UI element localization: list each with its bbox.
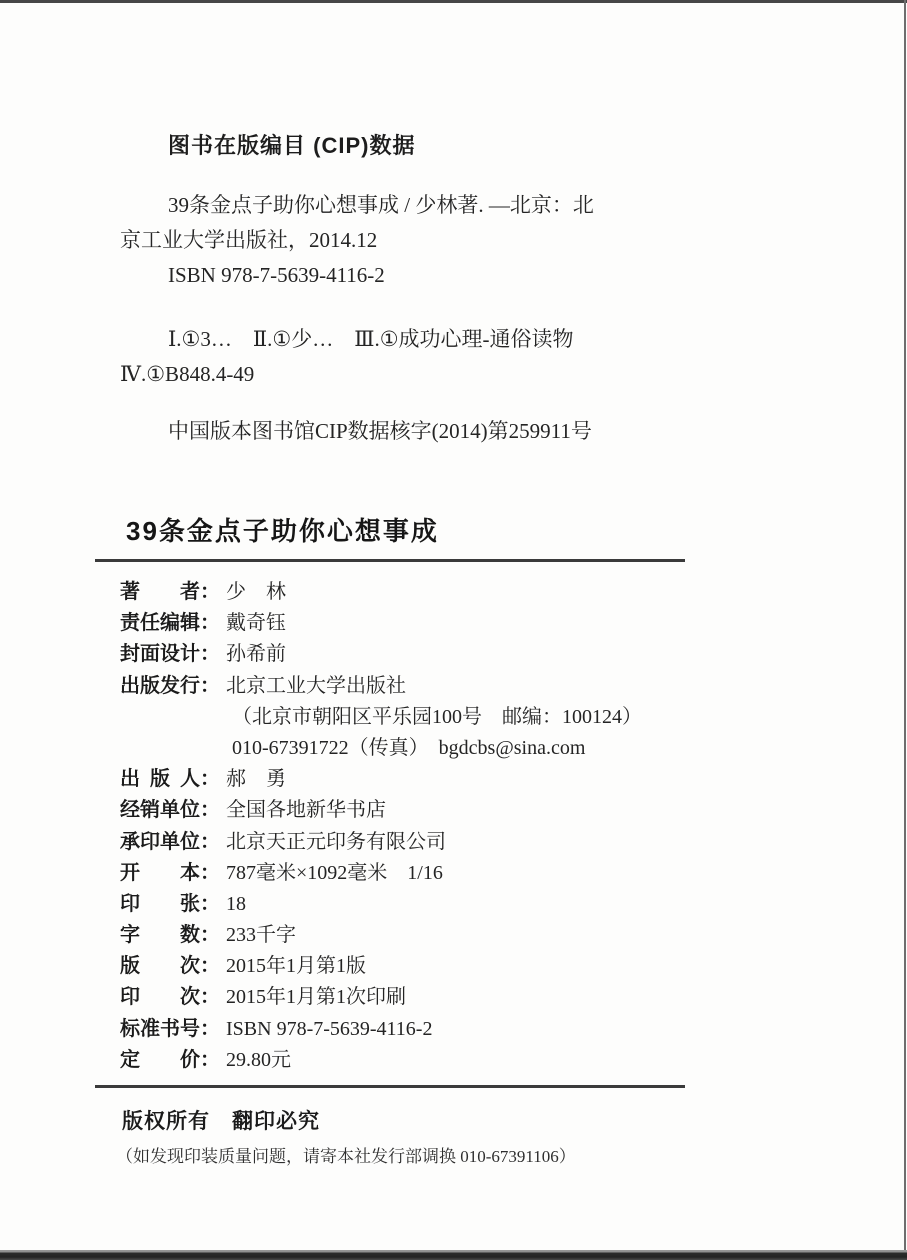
divider-bottom	[95, 1085, 685, 1088]
label-colon: ：	[200, 986, 220, 1008]
label-colon: ：	[200, 955, 220, 977]
scan-edge-bottom	[0, 1250, 907, 1260]
colophon-label: 封面设计	[120, 639, 200, 670]
colophon-value: 郝 勇	[226, 768, 286, 790]
label-colon: ：	[200, 643, 220, 665]
colophon-value: 少 林	[226, 581, 286, 603]
colophon-value: ISBN 978-7-5639-4116-2	[226, 1018, 432, 1040]
colophon-row-publisher-contact: 010-67391722（传真） bgdcbs@sina.com	[120, 733, 720, 764]
colophon-label: 印张	[120, 889, 200, 920]
colophon-value: 010-67391722（传真） bgdcbs@sina.com	[232, 737, 585, 759]
colophon-row-impression: 印次：2015年1月第1次印刷	[120, 982, 720, 1013]
colophon-value: 北京工业大学出版社	[226, 675, 406, 697]
copyright-page: 图书在版编目 (CIP)数据 39条金点子助你心想事成 / 少林著. —北京：北…	[0, 0, 907, 1260]
colophon-row-distributor: 经销单位：全国各地新华书店	[120, 795, 720, 826]
scan-edge-top	[0, 0, 907, 3]
colophon-row-author: 著者：少 林	[120, 577, 720, 608]
colophon-label: 字数	[120, 920, 200, 951]
colophon-row-editor: 责任编辑：戴奇钰	[120, 608, 720, 639]
colophon-row-sheets: 印张：18	[120, 889, 720, 920]
cip-isbn-line: ISBN 978-7-5639-4116-2	[120, 258, 760, 293]
cip-classification-line: Ⅰ.①3… Ⅱ.①少… Ⅲ.①成功心理-通俗读物	[120, 322, 760, 357]
colophon-row-cover-design: 封面设计：孙希前	[120, 639, 720, 670]
colophon-value: 2015年1月第1次印刷	[226, 986, 406, 1008]
cip-classification-line: Ⅳ.①B848.4-49	[120, 357, 760, 392]
cip-section: 39条金点子助你心想事成 / 少林著. —北京：北 京工业大学出版社，2014.…	[120, 188, 760, 449]
cip-record-number: 中国版本图书馆CIP数据核字(2014)第259911号	[120, 414, 760, 449]
label-colon: ：	[200, 675, 220, 697]
colophon-label: 出版发行	[120, 671, 200, 702]
colophon-value: 233千字	[226, 924, 296, 946]
colophon-row-publisher-address: （北京市朝阳区平乐园100号 邮编：100124）	[120, 702, 720, 733]
colophon-value: （北京市朝阳区平乐园100号 邮编：100124）	[232, 706, 642, 728]
book-title: 39条金点子助你心想事成	[126, 511, 439, 548]
colophon-label: 开本	[120, 858, 200, 889]
colophon-value: 29.80元	[226, 1049, 291, 1071]
colophon-value: 孙希前	[226, 643, 286, 665]
colophon-label: 标准书号	[120, 1014, 200, 1045]
divider-top	[95, 559, 685, 562]
colophon-row-printer: 承印单位：北京天正元印务有限公司	[120, 827, 720, 858]
label-colon: ：	[200, 924, 220, 946]
colophon-value: 戴奇钰	[226, 612, 286, 634]
colophon-row-format: 开本：787毫米×1092毫米 1/16	[120, 858, 720, 889]
colophon-value: 北京天正元印务有限公司	[226, 831, 446, 853]
colophon-row-publisher: 出版发行：北京工业大学出版社	[120, 671, 720, 702]
colophon-value: 2015年1月第1版	[226, 955, 366, 977]
colophon-row-isbn: 标准书号：ISBN 978-7-5639-4116-2	[120, 1014, 720, 1045]
colophon-value: 18	[226, 893, 246, 915]
colophon-value: 全国各地新华书店	[226, 799, 386, 821]
colophon-value: 787毫米×1092毫米 1/16	[226, 862, 443, 884]
colophon-label: 定价	[120, 1045, 200, 1076]
colophon-label: 版次	[120, 951, 200, 982]
colophon-label: 承印单位	[120, 827, 200, 858]
colophon-label: 出版人	[120, 764, 200, 795]
label-colon: ：	[200, 893, 220, 915]
label-colon: ：	[200, 831, 220, 853]
colophon-row-edition: 版次：2015年1月第1版	[120, 951, 720, 982]
label-colon: ：	[200, 768, 220, 790]
label-colon: ：	[200, 581, 220, 603]
scan-edge-right	[904, 0, 906, 1251]
label-colon: ：	[200, 1018, 220, 1040]
cip-description-line: 39条金点子助你心想事成 / 少林著. —北京：北	[120, 188, 760, 223]
label-colon: ：	[200, 1049, 220, 1071]
label-colon: ：	[200, 862, 220, 884]
label-colon: ：	[200, 612, 220, 634]
colophon-label: 著者	[120, 577, 200, 608]
label-colon: ：	[200, 799, 220, 821]
cip-description-line: 京工业大学出版社，2014.12	[120, 223, 760, 258]
colophon-label: 印次	[120, 982, 200, 1013]
colophon-row-price: 定价：29.80元	[120, 1045, 720, 1076]
colophon-label: 经销单位	[120, 795, 200, 826]
rights-statement: 版权所有 翻印必究	[122, 1105, 320, 1135]
colophon-row-publisher-person: 出版人：郝 勇	[120, 764, 720, 795]
cip-heading: 图书在版编目 (CIP)数据	[168, 129, 415, 160]
colophon-label: 责任编辑	[120, 608, 200, 639]
colophon-row-word-count: 字数：233千字	[120, 920, 720, 951]
quality-note: （如发现印装质量问题，请寄本社发行部调换 010-67391106）	[116, 1142, 576, 1167]
colophon-table: 著者：少 林 责任编辑：戴奇钰 封面设计：孙希前 出版发行：北京工业大学出版社 …	[120, 577, 720, 1076]
